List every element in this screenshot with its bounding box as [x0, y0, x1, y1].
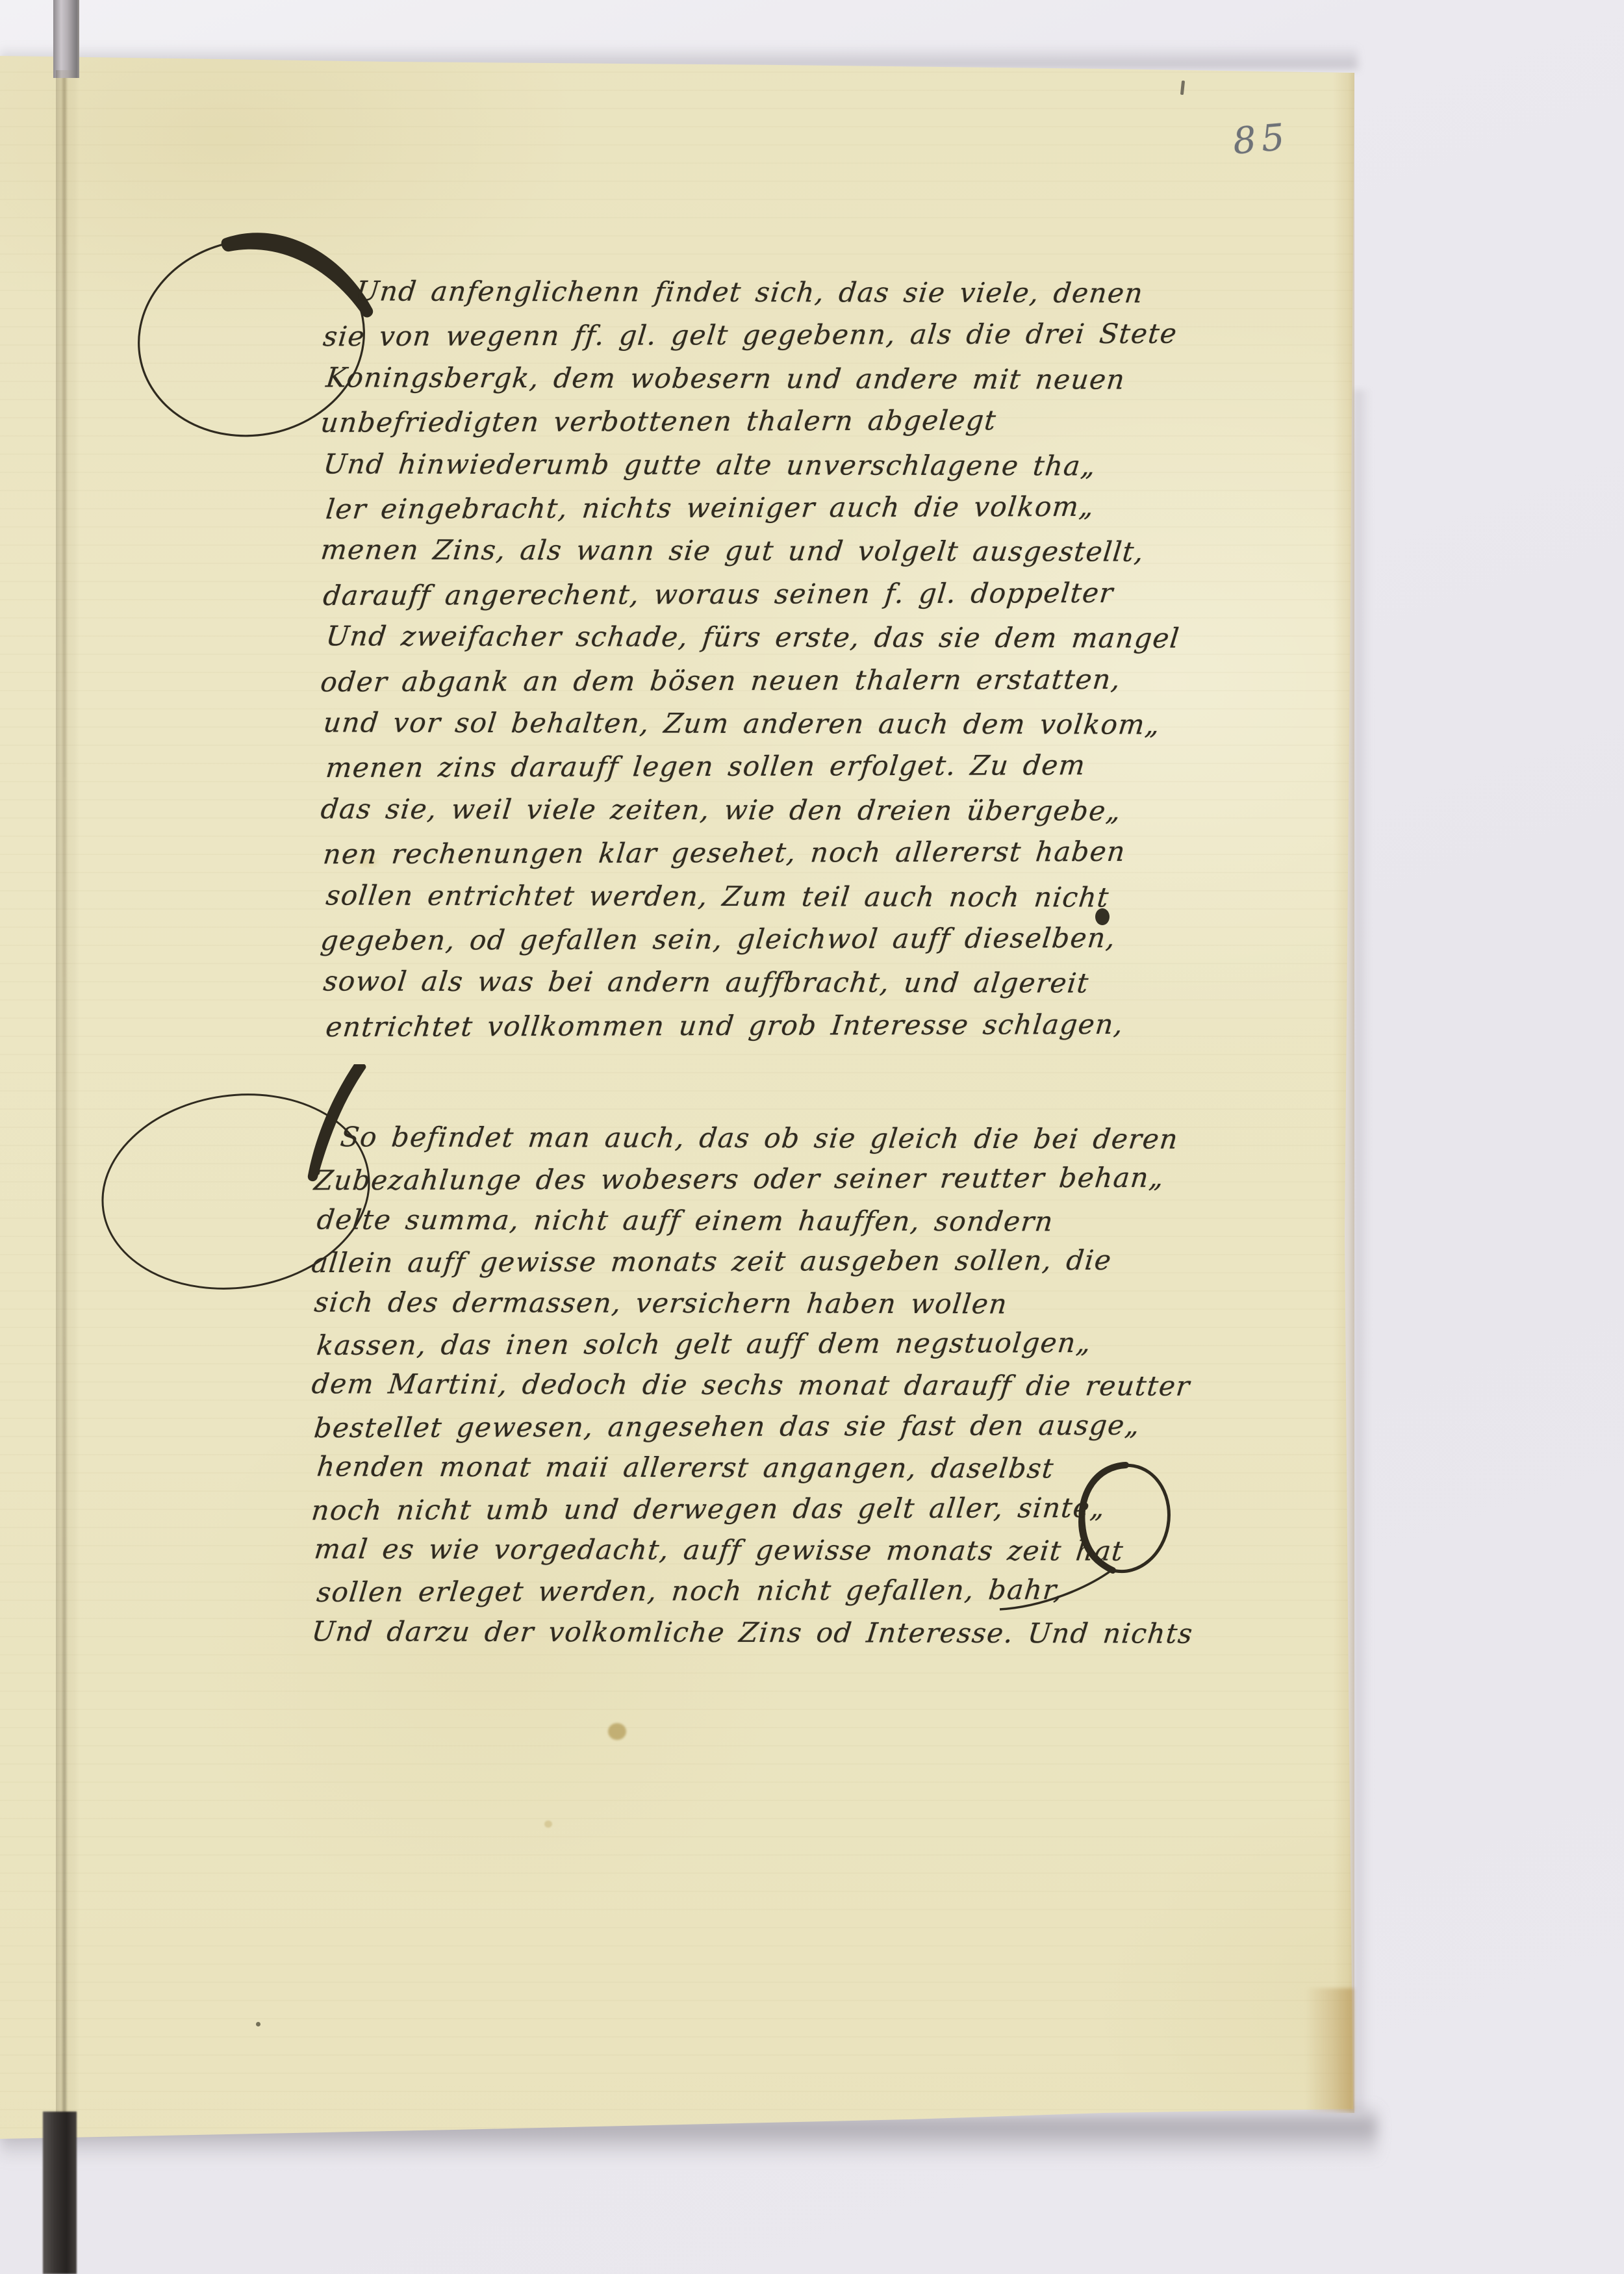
page-right-edge: [1333, 73, 1354, 2113]
manuscript-scan: Und anfenglichenn findet sich, das sie v…: [0, 0, 1624, 2274]
folio-number: 85: [1231, 116, 1291, 162]
paper-speck: [256, 2022, 260, 2026]
holder-rod-top: [53, 0, 79, 78]
manuscript-line: entrichtet vollkommen und grob Interesse…: [324, 1008, 1125, 1043]
holder-rod-bottom: [43, 2112, 77, 2274]
holder-rod-over-page: [56, 70, 79, 2118]
manuscript-line: Und zweifacher schade, fürs erste, das s…: [325, 620, 1182, 654]
manuscript-line: kassen, das inen solch gelt auff dem neg…: [315, 1327, 1093, 1361]
page-right-shadow: [1354, 390, 1371, 2112]
manuscript-line: darauff angerechent, woraus seinen f. gl…: [322, 577, 1115, 611]
manuscript-line: Koningsbergk, dem wobesern und andere mi…: [325, 361, 1127, 395]
paper-stain: [608, 1723, 626, 1740]
manuscript-line: sollen entrichtet werden, Zum teil auch …: [325, 879, 1111, 913]
manuscript-line: oder abgank an dem bösen neuen thalern e…: [319, 663, 1123, 697]
manuscript-line: bestellet gewesen, angesehen das sie fas…: [312, 1409, 1141, 1444]
page-corner-toning: [1306, 1988, 1354, 2112]
manuscript-line: Und darzu der volkomliche Zins od Intere…: [311, 1615, 1195, 1650]
manuscript-line: nen rechenungen klar gesehet, noch aller…: [322, 836, 1127, 870]
manuscript-line: menen Zins, als wann sie gut und volgelt…: [320, 534, 1146, 568]
manuscript-line: menen zins darauff legen sollen erfolget…: [324, 749, 1087, 784]
manuscript-line: sollen erleget werden, noch nicht gefall…: [315, 1574, 1065, 1608]
manuscript-line: und vor sol behalten, Zum anderen auch d…: [322, 706, 1162, 740]
manuscript-line: unbefriedigten verbottenen thalern abgel…: [319, 404, 998, 439]
manuscript-line: sich des dermassen, versichern haben wol…: [313, 1286, 1009, 1320]
manuscript-line: sie von wegenn ff. gl. gelt gegebenn, al…: [322, 318, 1179, 353]
manuscript-line: delte summa, nicht auff einem hauffen, s…: [316, 1203, 1056, 1237]
manuscript-line: allein auff gewisse monats zeit ausgeben…: [310, 1244, 1113, 1279]
manuscript-line: Zubezahlunge des wobesers oder seiner re…: [312, 1162, 1166, 1197]
manuscript-line: noch nicht umb und derwegen das gelt all…: [310, 1491, 1107, 1526]
manuscript-line: sowol als was bei andern auffbracht, und…: [322, 965, 1091, 999]
manuscript-line: dem Martini, dedoch die sechs monat dara…: [311, 1368, 1192, 1403]
manuscript-line: gegeben, od gefallen sein, gleichwol auf…: [319, 922, 1117, 956]
paper-stain: [544, 1820, 552, 1828]
manuscript-line: ler eingebracht, nichts weiniger auch di…: [324, 491, 1096, 525]
manuscript-line: das sie, weil viele zeiten, wie den drei…: [320, 793, 1123, 826]
manuscript-line: Und anfenglichenn findet sich, das sie v…: [355, 275, 1145, 309]
manuscript-line: So befindet man auch, das ob sie gleich …: [339, 1121, 1180, 1155]
manuscript-line: henden monat maii allererst angangen, da…: [316, 1451, 1056, 1485]
manuscript-line: mal es wie vorgedacht, auff gewisse mona…: [313, 1533, 1126, 1566]
manuscript-line: Und hinwiederumb gutte alte unverschlage…: [322, 448, 1098, 481]
